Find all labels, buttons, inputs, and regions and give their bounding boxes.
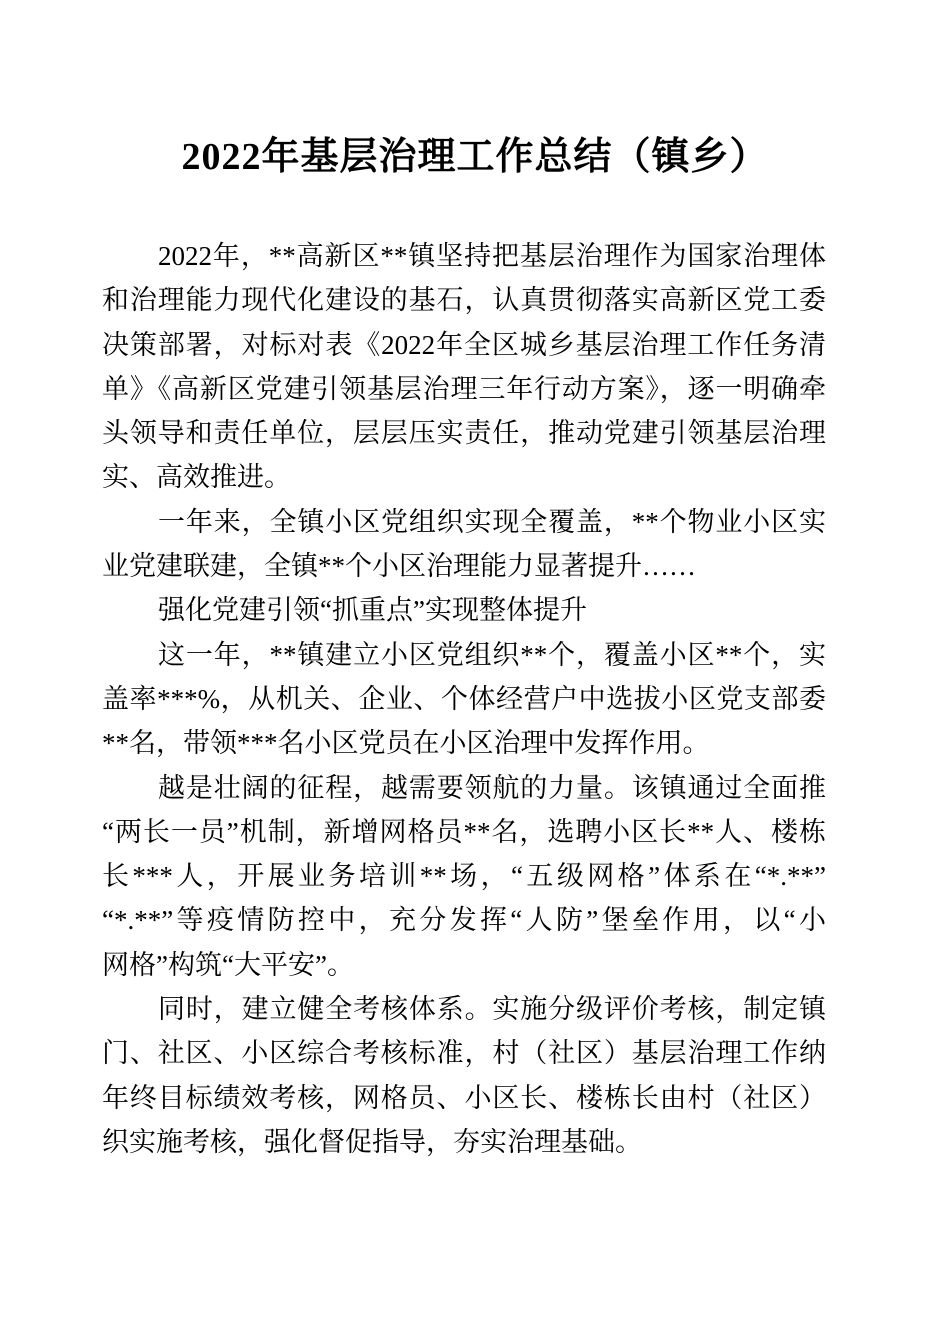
document-title: 2022年基层治理工作总结（镇乡） xyxy=(0,133,950,181)
text-line: 越是壮阔的征程，越需要领航的力量。该镇通过全面推行 xyxy=(102,766,826,810)
text-line: 和治理能力现代化建设的基石，认真贯彻落实高新区党工委的 xyxy=(102,278,826,322)
text-line: 2022年，**高新区**镇坚持把基层治理作为国家治理体系 xyxy=(102,234,826,278)
section-heading-line: 强化党建引领“抓重点”实现整体提升 xyxy=(102,588,826,632)
text-line: 这一年，**镇建立小区党组织**个，覆盖小区**个，实现覆 xyxy=(102,633,826,677)
text-line: 头领导和责任单位，层层压实责任，推动党建引领基层治理扎 xyxy=(102,411,826,455)
text-line: 年终目标绩效考核，网格员、小区长、楼栋长由村（社区）组 xyxy=(102,1076,826,1120)
text-line: “*.**”等疫情防控中，充分发挥“人防”堡垒作用，以“小 xyxy=(102,898,826,942)
text-line: 织实施考核，强化督促指导，夯实治理基础。 xyxy=(102,1120,826,1164)
text-line: 网格”构筑“大平安”。 xyxy=(102,943,826,987)
text-line: “两长一员”机制，新增网格员**名，选聘小区长**人、楼栋 xyxy=(102,810,826,854)
text-line: 决策部署，对标对表《2022年全区城乡基层治理工作任务清 xyxy=(102,323,826,367)
text-line: 实、高效推进。 xyxy=(102,455,826,499)
document-body: 2022年，**高新区**镇坚持把基层治理作为国家治理体系 和治理能力现代化建设… xyxy=(102,234,826,1164)
text-line: 同时，建立健全考核体系。实施分级评价考核，制定镇级部 xyxy=(102,987,826,1031)
document-page: 2022年基层治理工作总结（镇乡） 2022年，**高新区**镇坚持把基层治理作… xyxy=(0,0,950,1344)
text-line: **名，带领***名小区党员在小区治理中发挥作用。 xyxy=(102,721,826,765)
text-line: 长***人，开展业务培训**场，“五级网格”体系在“*.**” xyxy=(102,854,826,898)
text-line: 门、社区、小区综合考核标准，村（社区）基层治理工作纳入 xyxy=(102,1031,826,1075)
text-line: 一年来，全镇小区党组织实现全覆盖，**个物业小区实现物 xyxy=(102,500,826,544)
text-line: 单》《高新区党建引领基层治理三年行动方案》，逐一明确牵 xyxy=(102,367,826,411)
text-line: 盖率***%，从机关、企业、个体经营户中选拔小区党支部委员* xyxy=(102,677,826,721)
text-line: 业党建联建，全镇**个小区治理能力显著提升…… xyxy=(102,544,826,588)
